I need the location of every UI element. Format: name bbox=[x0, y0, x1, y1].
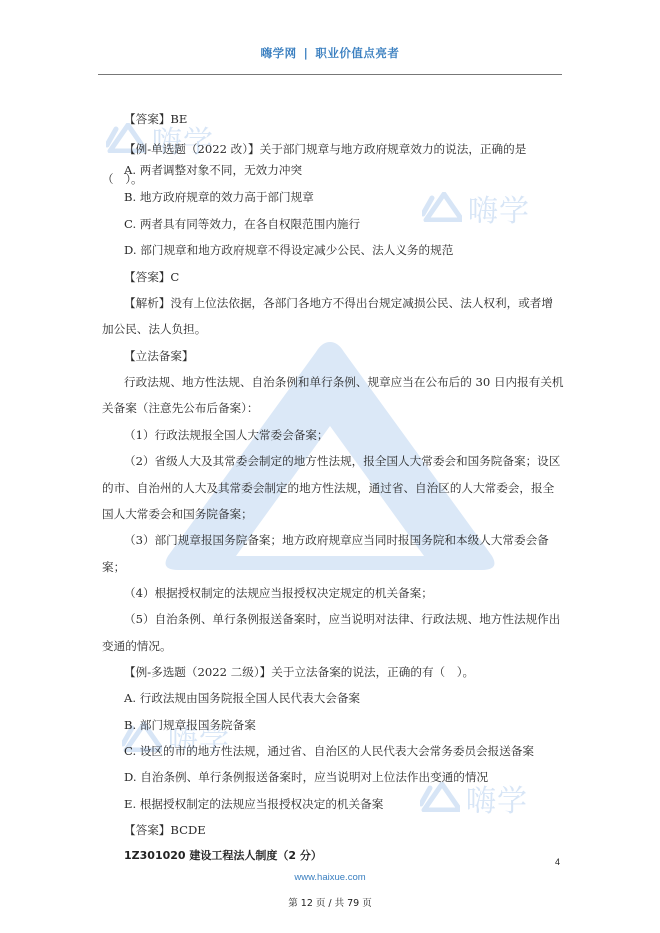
filing-item-3-line-1: （3）部门规章报国务院备案；地方政府规章应当同时报国务院和本级人大常委会备 bbox=[124, 533, 549, 547]
answer-3: 【答案】BCDE bbox=[124, 823, 206, 837]
watermark-small-2: 嗨学 bbox=[422, 186, 552, 226]
filing-item-5-line-1: （5）自治条例、单行条例报送备案时，应当说明对法律、行政法规、地方性法规作出 bbox=[124, 612, 560, 626]
question-2-option-e: E. 根据授权制定的法规应当报授权决定的机关备案 bbox=[124, 797, 383, 811]
filing-item-4: （4）根据授权制定的法规应当报授权决定规定的机关备案； bbox=[124, 586, 433, 600]
question-1-option-b: B. 地方政府规章的效力高于部门规章 bbox=[124, 190, 314, 204]
answer-1: 【答案】BE bbox=[124, 112, 187, 126]
filing-item-5-line-2: 变通的情况。 bbox=[102, 639, 172, 653]
header-divider bbox=[98, 74, 562, 75]
filing-item-2-line-1: （2）省级人大及其常委会制定的地方性法规，报全国人大常委会和国务院备案；设区 bbox=[124, 454, 560, 468]
footer-page-info: 第 12 页 / 共 79 页 bbox=[0, 895, 660, 909]
footer-url-link[interactable]: www.haixue.com bbox=[0, 872, 660, 883]
question-2-option-a: A. 行政法规由国务院报全国人民代表大会备案 bbox=[124, 691, 360, 705]
question-1-stem: 【例-单选题（2022 改）】关于部门规章与地方政府规章效力的说法，正确的是 bbox=[124, 142, 526, 156]
analysis-line-2: 加公民、法人负担。 bbox=[102, 322, 206, 336]
header-brand: 嗨学网 bbox=[261, 46, 297, 60]
watermark-text: 嗨学 bbox=[468, 186, 530, 230]
filing-item-1: （1）行政法规报全国人大常委会备案； bbox=[124, 428, 328, 442]
question-1-option-c: C. 两者具有同等效力，在各自权限范围内施行 bbox=[124, 217, 360, 231]
filing-item-3-line-2: 案； bbox=[102, 560, 125, 574]
section-heading-1z301020: 1Z301020 建设工程法人制度（2 分） bbox=[124, 849, 322, 863]
answer-2: 【答案】C bbox=[124, 270, 179, 284]
page-corner-number: 4 bbox=[555, 857, 560, 867]
filing-intro-1: 行政法规、地方性法规、自治条例和单行条例、规章应当在公布后的 30 日内报有关机 bbox=[124, 375, 564, 389]
question-1-option-a: A. 两者调整对象不同，无效力冲突 bbox=[124, 163, 302, 177]
filing-item-2-line-2: 的市、自治州的人大及其常委会制定的地方性法规，通过省、自治区的人大常委会，报全 bbox=[102, 481, 554, 495]
page-header: 嗨学网|职业价值点亮者 bbox=[0, 45, 660, 61]
question-2-option-c: C. 设区的市的地方性法规，通过省、自治区的人民代表大会常务委员会报送备案 bbox=[124, 744, 534, 758]
watermark-logo-icon bbox=[420, 782, 460, 812]
filing-intro-2: 关备案（注意先公布后备案）： bbox=[102, 401, 259, 415]
question-2-stem: 【例-多选题（2022 二级）】关于立法备案的说法，正确的有（ ）。 bbox=[124, 665, 474, 679]
filing-item-2-line-3: 国人大常委会和国务院备案； bbox=[102, 507, 253, 521]
header-slogan: 职业价值点亮者 bbox=[315, 46, 399, 60]
header-separator: | bbox=[304, 46, 309, 60]
analysis-line-1: 【解析】没有上位法依据，各部门各地方不得出台规定减损公民、法人权利，或者增 bbox=[124, 296, 553, 310]
question-2-option-b: B. 部门规章报国务院备案 bbox=[124, 718, 256, 732]
watermark-logo-icon bbox=[422, 192, 462, 222]
question-1-option-d: D. 部门规章和地方政府规章不得设定减少公民、法人义务的规范 bbox=[124, 243, 453, 257]
question-2-option-d: D. 自治条例、单行条例报送备案时，应当说明对上位法作出变通的情况 bbox=[124, 770, 488, 784]
section-heading-filing: 【立法备案】 bbox=[124, 349, 194, 363]
